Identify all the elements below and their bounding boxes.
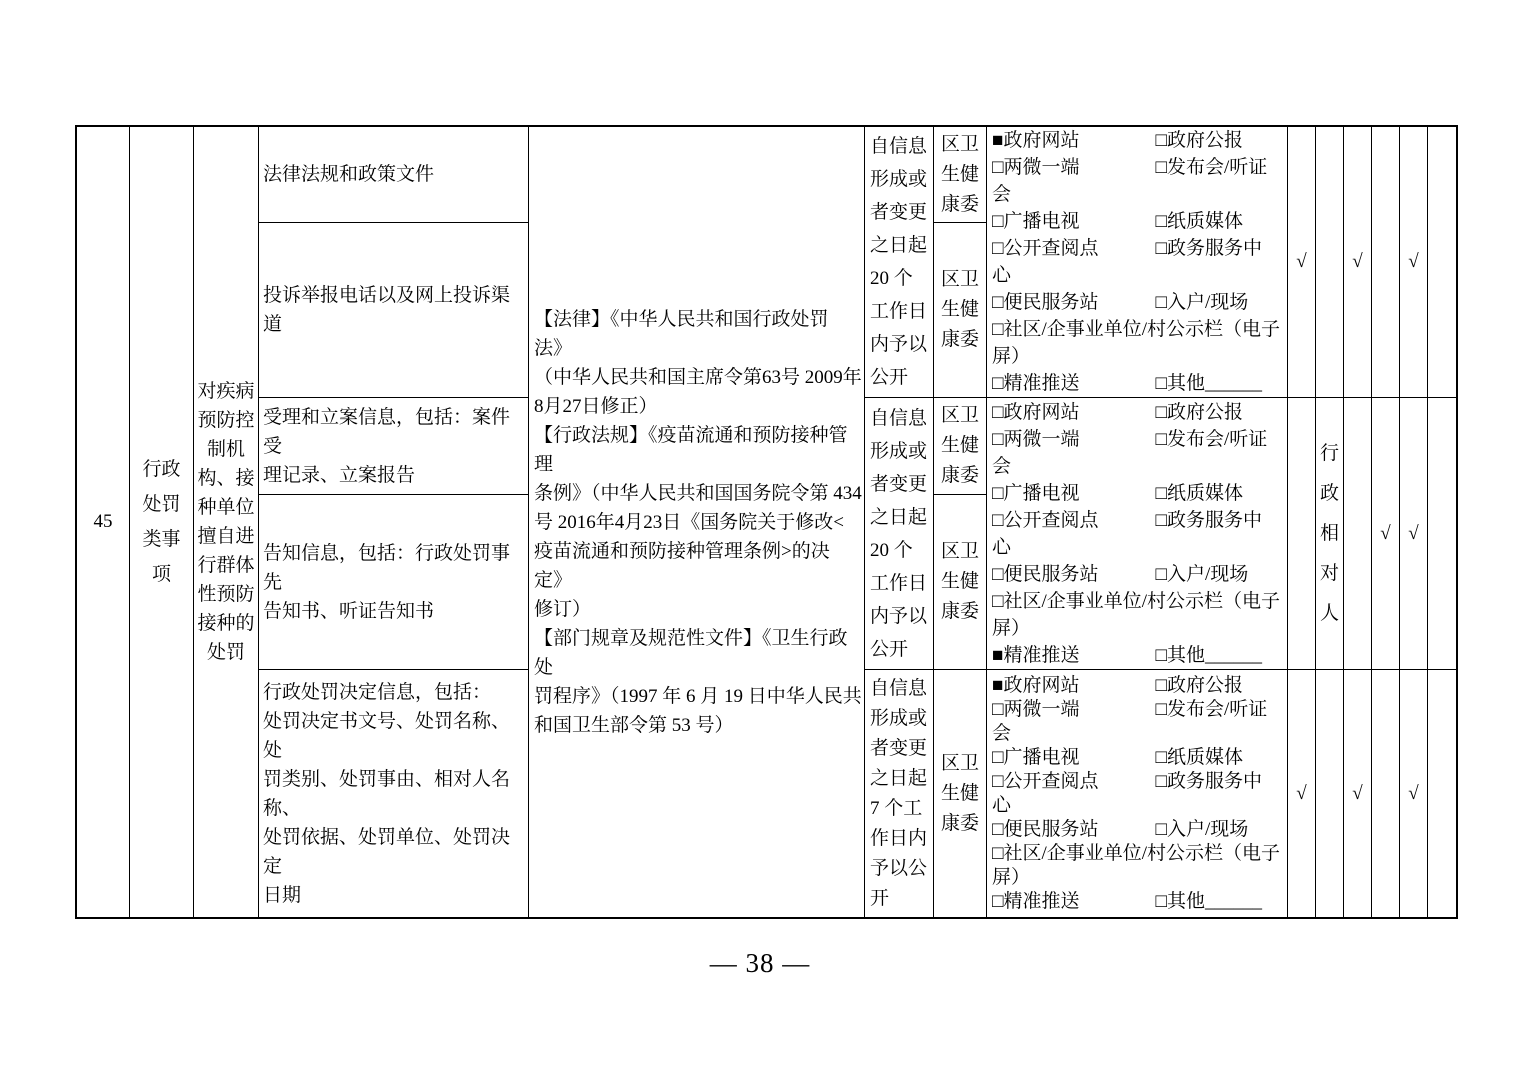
department-cell: 区卫 生健 康委 <box>934 670 987 917</box>
legal-basis-cell: 【法律】《中华人民共和国行政处罚法》 （中华人民共和国主席令第63号 2009年… <box>529 127 865 917</box>
content-item-cell: 法律法规和政策文件 <box>259 127 529 223</box>
timing-cell: 自信息 形成或 者变更 之日起 20 个 工作日 内予以 公开 <box>865 398 934 670</box>
mark-cell <box>1344 398 1372 670</box>
content-item-cell: 告知信息，包括：行政处罚事先 告知书、听证告知书 <box>259 495 529 670</box>
timing-cell: 自信息 形成或 者变更 之日起 7 个工 作日内 予以公 开 <box>865 670 934 917</box>
mark-cell: √ <box>1288 127 1316 398</box>
channels-cell: □政府网站 □政府公报 □两微一端 □发布会/听证 会 □广播电视 □纸质媒体 … <box>987 398 1288 670</box>
mark-cell: √ <box>1400 670 1428 917</box>
mark-cell <box>1316 670 1344 917</box>
mark-cell <box>1316 127 1344 398</box>
department-cell: 区卫 生健 康委 <box>934 127 987 223</box>
department-cell: 区卫 生健 康委 <box>934 398 987 495</box>
row-number: 45 <box>77 127 130 917</box>
matter-cell: 对疾病 预防控 制机 构、接 种单位 擅自进 行群体 性预防 接种的 处罚 <box>194 127 259 917</box>
content-item-cell: 行政处罚决定信息，包括： 处罚决定书文号、处罚名称、处 罚类别、处罚事由、相对人… <box>259 670 529 917</box>
mark-cell: √ <box>1372 398 1400 670</box>
disclosure-table: 45 行政 处罚 类事 项 对疾病 预防控 制机 构、接 种单位 擅自进 行群体… <box>75 125 1458 919</box>
channels-cell: ■政府网站 □政府公报 □两微一端 □发布会/听证 会 □广播电视 □纸质媒体 … <box>987 670 1288 917</box>
timing-cell: 自信息 形成或 者变更 之日起 20 个 工作日 内予以 公开 <box>865 127 934 398</box>
department-cell: 区卫 生健 康委 <box>934 495 987 670</box>
content-item-cell: 受理和立案信息，包括：案件受 理记录、立案报告 <box>259 398 529 495</box>
category-cell: 行政 处罚 类事 项 <box>130 127 194 917</box>
mark-cell: √ <box>1344 670 1372 917</box>
mark-cell <box>1288 398 1316 670</box>
content-item-cell: 投诉举报电话以及网上投诉渠道 <box>259 223 529 398</box>
department-cell: 区卫 生健 康委 <box>934 223 987 398</box>
mark-cell: √ <box>1288 670 1316 917</box>
channels-cell: ■政府网站 □政府公报 □两微一端 □发布会/听证 会 □广播电视 □纸质媒体 … <box>987 127 1288 398</box>
mark-cell: √ <box>1400 398 1428 670</box>
mark-cell <box>1428 398 1456 670</box>
mark-cell <box>1428 670 1456 917</box>
mark-cell <box>1372 127 1400 398</box>
mark-cell <box>1428 127 1456 398</box>
page-number: — 38 — <box>0 948 1520 979</box>
obligation-target-cell: 行 政 相 对 人 <box>1316 398 1344 670</box>
mark-cell: √ <box>1344 127 1372 398</box>
mark-cell <box>1372 670 1400 917</box>
mark-cell: √ <box>1400 127 1428 398</box>
